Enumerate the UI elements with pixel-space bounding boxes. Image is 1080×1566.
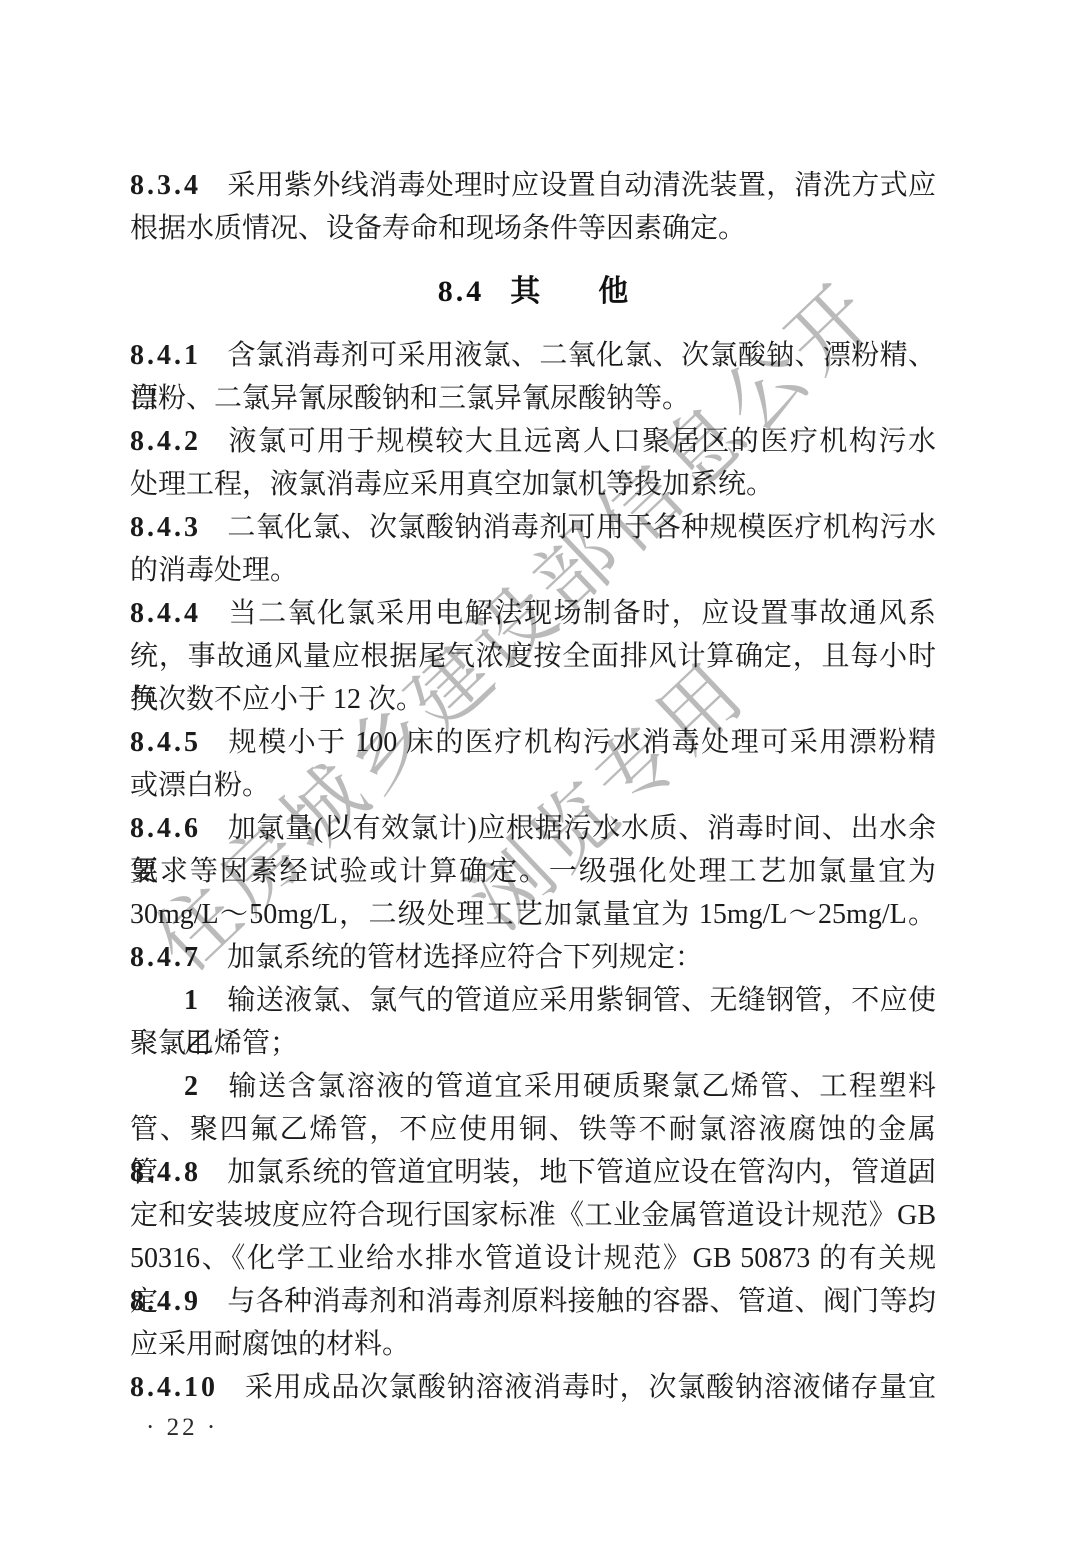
clause-text: 定和安装坡度应符合现行国家标准《工业金属管道设计规范》GB — [130, 1200, 936, 1231]
text-line: 应采用耐腐蚀的材料。 — [130, 1323, 936, 1366]
text-line: 8.3.4采用紫外线消毒处理时应设置自动清洗装置，清洗方式应 — [130, 164, 936, 207]
clause-number: 8.4.7 — [130, 942, 201, 973]
clause-number: 8.4.2 — [130, 426, 201, 457]
text-line: 8.4.3二氧化氯、次氯酸钠消毒剂可用于各种规模医疗机构污水 — [130, 506, 936, 549]
text-line: 管、聚四氟乙烯管，不应使用铜、铁等不耐氯溶液腐蚀的金属管。 — [130, 1108, 936, 1151]
clause-number: 8.3.4 — [130, 170, 201, 201]
clause-number: 8.4.4 — [130, 598, 201, 629]
text-line: 或漂白粉。 — [130, 764, 936, 807]
text-line: 定和安装坡度应符合现行国家标准《工业金属管道设计规范》GB — [130, 1194, 936, 1237]
subclause-number: 2 — [184, 1071, 201, 1102]
clause-number: 8.4.5 — [130, 727, 201, 758]
section-title-char: 其 — [510, 275, 540, 308]
subclause-number: 1 — [184, 985, 201, 1016]
clause-number: 8.4.6 — [130, 813, 201, 844]
clause-text: 加氯系统的管道宜明装，地下管道应设在管沟内，管道固 — [227, 1157, 936, 1188]
clause-text: 当二氧化氯采用电解法现场制备时，应设置事故通风系 — [227, 598, 936, 629]
clause-text: 要求等因素经试验或计算确定。一级强化处理工艺加氯量宜为 — [130, 856, 936, 887]
text-line: 8.4.7加氯系统的管材选择应符合下列规定： — [130, 936, 936, 979]
clause-text: 处理工程，液氯消毒应采用真空加氯机等投加系统。 — [130, 469, 774, 500]
clause-text: 二氧化氯、次氯酸钠消毒剂可用于各种规模医疗机构污水 — [227, 512, 936, 543]
text-line: 聚氯乙烯管； — [130, 1022, 936, 1065]
text-line: 白粉、二氯异氰尿酸钠和三氯异氰尿酸钠等。 — [130, 377, 936, 420]
clause-text: 输送含氯溶液的管道宜采用硬质聚氯乙烯管、工程塑料 — [227, 1071, 936, 1102]
clause-number: 8.4.1 — [130, 340, 201, 371]
clause-text: 白粉、二氯异氰尿酸钠和三氯异氰尿酸钠等。 — [130, 383, 690, 414]
text-line: 8.4.10采用成品次氯酸钠溶液消毒时，次氯酸钠溶液储存量宜 — [130, 1366, 936, 1409]
clause-text: 加氯系统的管材选择应符合下列规定： — [227, 942, 703, 973]
text-line: 1输送液氯、氯气的管道应采用紫铜管、无缝钢管，不应使用 — [130, 979, 936, 1022]
text-line: 8.4.6加氯量(以有效氯计)应根据污水水质、消毒时间、出水余氯 — [130, 807, 936, 850]
clause-text: 30mg/L～50mg/L，二级处理工艺加氯量宜为 15mg/L～25mg/L。 — [130, 899, 936, 930]
page-number: · 22 · — [146, 1414, 218, 1442]
clause-number: 8.4.9 — [130, 1286, 201, 1317]
text-line: 8.4.2液氯可用于规模较大且远离人口聚居区的医疗机构污水 — [130, 420, 936, 463]
text-line: 的消毒处理。 — [130, 549, 936, 592]
clause-text: 根据水质情况、设备寿命和现场条件等因素确定。 — [130, 213, 746, 244]
clause-text: 液氯可用于规模较大且远离人口聚居区的医疗机构污水 — [227, 426, 936, 457]
text-line: 要求等因素经试验或计算确定。一级强化处理工艺加氯量宜为 — [130, 850, 936, 893]
text-line: 统，事故通风量应根据尾气浓度按全面排风计算确定，且每小时换 — [130, 635, 936, 678]
document-page: 住房城乡建设部信息公开 浏览专用 8.3.4采用紫外线消毒处理时应设置自动清洗装… — [0, 0, 1080, 1566]
text-line: 8.4.8加氯系统的管道宜明装，地下管道应设在管沟内，管道固 — [130, 1151, 936, 1194]
clause-text: 的消毒处理。 — [130, 555, 298, 586]
page-content: 8.3.4采用紫外线消毒处理时应设置自动清洗装置，清洗方式应根据水质情况、设备寿… — [130, 164, 936, 1409]
section-title-char: 他 — [598, 275, 628, 308]
clause-number: 8.4.10 — [130, 1372, 218, 1403]
clause-text: 或漂白粉。 — [130, 770, 270, 801]
text-line: 根据水质情况、设备寿命和现场条件等因素确定。 — [130, 207, 936, 250]
clause-text: 与各种消毒剂和消毒剂原料接触的容器、管道、阀门等均 — [227, 1286, 936, 1317]
clause-number: 8.4.8 — [130, 1157, 201, 1188]
text-line: 8.4.1含氯消毒剂可采用液氯、二氧化氯、次氯酸钠、漂粉精、漂 — [130, 334, 936, 377]
text-line: 2输送含氯溶液的管道宜采用硬质聚氯乙烯管、工程塑料 — [130, 1065, 936, 1108]
clause-number: 8.4.3 — [130, 512, 201, 543]
text-line: 8.4.4当二氧化氯采用电解法现场制备时，应设置事故通风系 — [130, 592, 936, 635]
clause-text: 聚氯乙烯管； — [130, 1028, 298, 1059]
clause-text: 气次数不应小于 12 次。 — [130, 684, 424, 715]
clause-text: 采用成品次氯酸钠溶液消毒时，次氯酸钠溶液储存量宜 — [244, 1372, 936, 1403]
clause-text: 采用紫外线消毒处理时应设置自动清洗装置，清洗方式应 — [227, 170, 936, 201]
section-number: 8.4 — [438, 275, 485, 308]
clause-text: 规模小于 100 床的医疗机构污水消毒处理可采用漂粉精 — [227, 727, 936, 758]
section-heading: 8.4其他 — [130, 270, 936, 314]
text-line: 8.4.9与各种消毒剂和消毒剂原料接触的容器、管道、阀门等均 — [130, 1280, 936, 1323]
text-line: 50316、《化学工业给水排水管道设计规范》GB 50873 的有关规定。 — [130, 1237, 936, 1280]
text-line: 30mg/L～50mg/L，二级处理工艺加氯量宜为 15mg/L～25mg/L。 — [130, 893, 936, 936]
text-line: 气次数不应小于 12 次。 — [130, 678, 936, 721]
text-line: 8.4.5规模小于 100 床的医疗机构污水消毒处理可采用漂粉精 — [130, 721, 936, 764]
clause-text: 应采用耐腐蚀的材料。 — [130, 1329, 410, 1360]
text-line: 处理工程，液氯消毒应采用真空加氯机等投加系统。 — [130, 463, 936, 506]
